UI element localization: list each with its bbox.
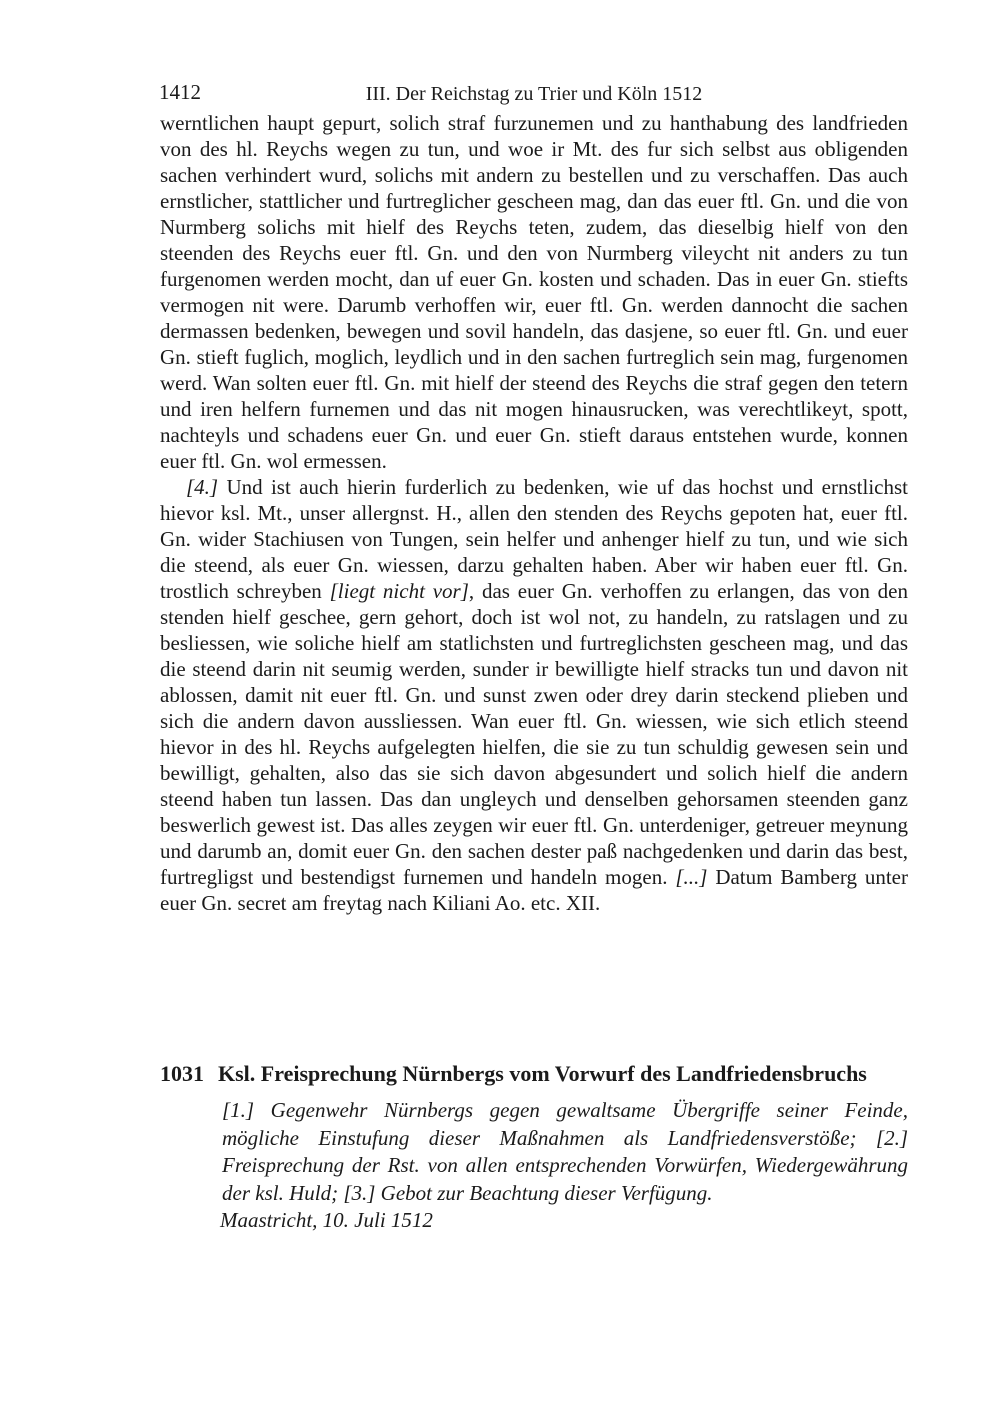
paragraph-continued: werntlichen haupt gepurt, solich straf f… (160, 110, 908, 474)
entry-number: 1031 (160, 1060, 218, 1088)
editorial-note: [liegt nicht vor] (330, 579, 469, 603)
entry-dateline: Maastricht, 10. Juli 1512 (220, 1207, 433, 1233)
body-text: werntlichen haupt gepurt, solich straf f… (160, 110, 908, 916)
entry-summary: [1.] Gegenwehr Nürnbergs gegen gewaltsam… (222, 1097, 908, 1207)
document-page: 1412 III. Der Reichstag zu Trier und Köl… (0, 0, 1004, 1418)
paragraph-text: , das euer Gn. verhoffen zu erlangen, da… (160, 579, 908, 889)
paragraph-section-4: [4.] Und ist auch hierin furderlich zu b… (160, 474, 908, 916)
section-marker: [4.] (186, 475, 226, 499)
running-header-title: III. Der Reichstag zu Trier und Köln 151… (160, 82, 908, 106)
omission-mark: [...] (675, 865, 707, 889)
entry-title: Ksl. Freisprechung Nürnbergs vom Vorwurf… (218, 1060, 908, 1088)
entry-heading: 1031 Ksl. Freisprechung Nürnbergs vom Vo… (160, 1060, 908, 1088)
paragraph-text: werntlichen haupt gepurt, solich straf f… (160, 111, 908, 473)
